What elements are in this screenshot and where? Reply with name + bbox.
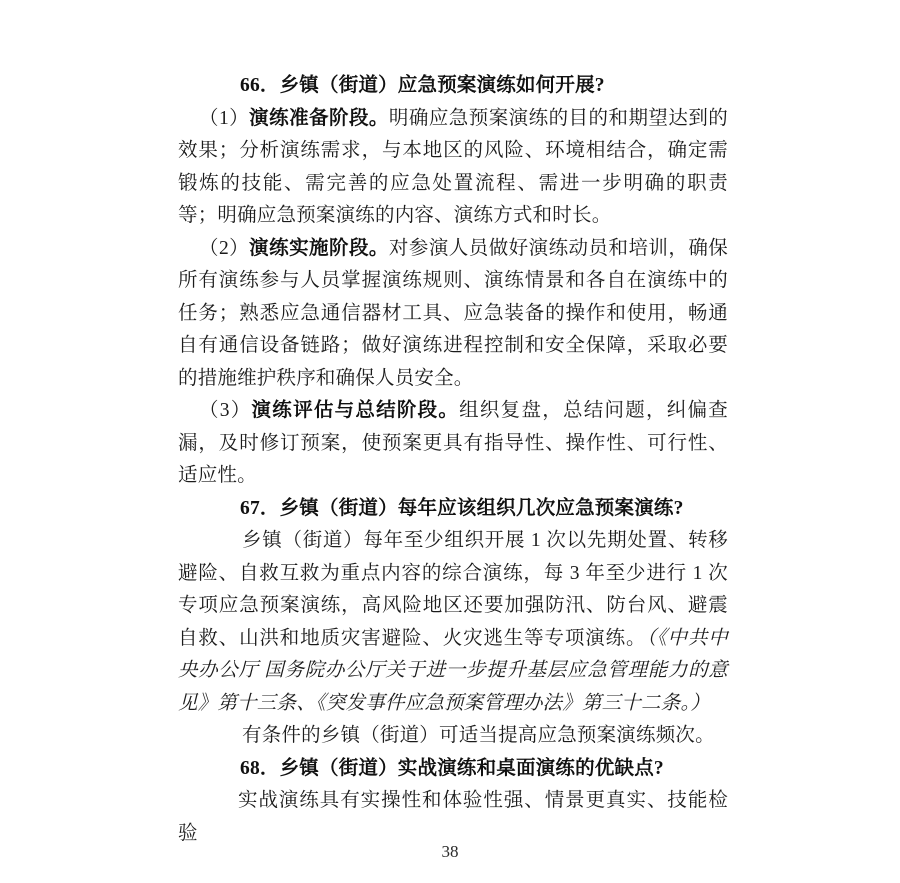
answer-66-item-3: （3）演练评估与总结阶段。组织复盘，总结问题，纠偏查漏，及时修订预案，使预案更具… bbox=[178, 395, 728, 493]
answer-66-item-3-seg-1: 演练评估与总结阶段。 bbox=[252, 400, 460, 421]
question-67-heading: 67．乡镇（街道）每年应该组织几次应急预案演练? bbox=[178, 493, 728, 526]
document-body: 66．乡镇（街道）应急预案演练如何开展?（1）演练准备阶段。明确应急预案演练的目… bbox=[178, 70, 728, 850]
answer-66-item-1: （1）演练准备阶段。明确应急预案演练的目的和期望达到的效果；分析演练需求，与本地… bbox=[178, 103, 728, 233]
question-66-heading: 66．乡镇（街道）应急预案演练如何开展? bbox=[178, 70, 728, 103]
answer-67-para-2: 有条件的乡镇（街道）可适当提高应急预案演练频次。 bbox=[178, 720, 728, 753]
answer-66-item-1-seg-1: 演练准备阶段。 bbox=[249, 108, 389, 129]
page-number: 38 bbox=[442, 842, 459, 861]
page-footer: 38 bbox=[0, 841, 900, 863]
answer-66-item-2-seg-1: 演练实施阶段。 bbox=[249, 238, 389, 259]
question-68-heading: 68．乡镇（街道）实战演练和桌面演练的优缺点? bbox=[178, 753, 728, 786]
question-68-heading-seg-0: 68．乡镇（街道）实战演练和桌面演练的优缺点? bbox=[240, 758, 664, 779]
answer-66-item-2: （2）演练实施阶段。对参演人员做好演练动员和培训，确保所有演练参与人员掌握演练规… bbox=[178, 233, 728, 396]
answer-66-item-2-seg-0: （2） bbox=[199, 238, 249, 259]
question-66-heading-seg-0: 66．乡镇（街道）应急预案演练如何开展? bbox=[240, 75, 605, 96]
question-67-heading-seg-0: 67．乡镇（街道）每年应该组织几次应急预案演练? bbox=[240, 498, 684, 519]
answer-67-para-1: 乡镇（街道）每年至少组织开展 1 次以先期处置、转移避险、自救互救为重点内容的综… bbox=[178, 525, 728, 720]
answer-66-item-3-seg-0: （3） bbox=[199, 400, 252, 421]
answer-67-para-2-seg-0: 有条件的乡镇（街道）可适当提高应急预案演练频次。 bbox=[242, 725, 715, 746]
answer-66-item-1-seg-0: （1） bbox=[199, 108, 249, 129]
answer-66-item-2-seg-2: 对参演人员做好演练动员和培训，确保所有演练参与人员掌握演练规则、演练情景和各自在… bbox=[178, 238, 728, 389]
answer-68-para-1-seg-0: 实战演练具有实操性和体验性强、情景更真实、技能检验 bbox=[178, 790, 728, 844]
document-page: 66．乡镇（街道）应急预案演练如何开展?（1）演练准备阶段。明确应急预案演练的目… bbox=[0, 0, 900, 883]
